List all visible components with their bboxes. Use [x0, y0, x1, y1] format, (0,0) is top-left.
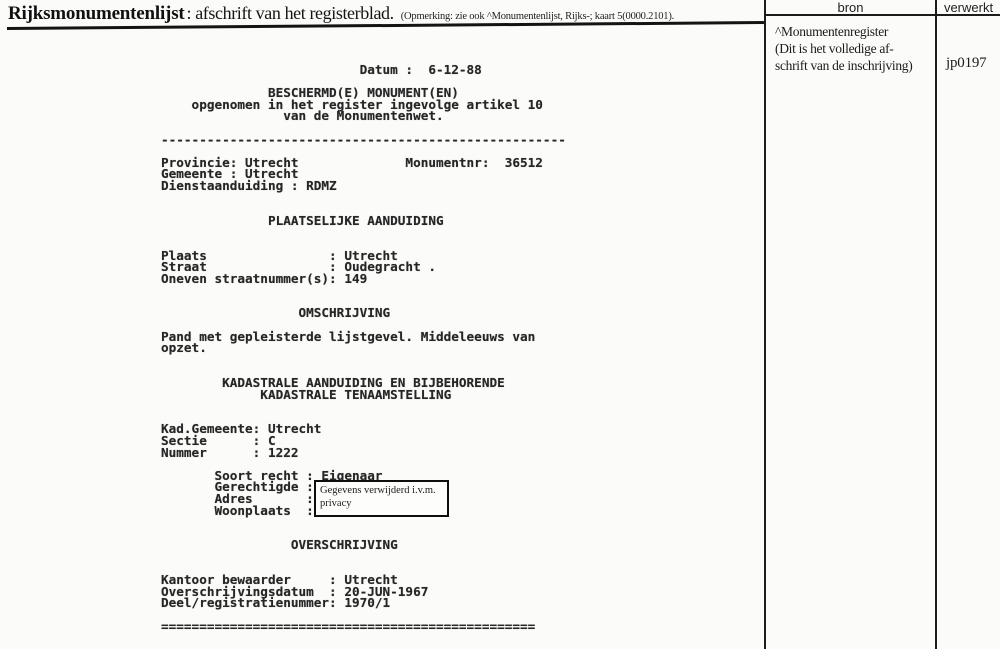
- column-header-verwerkt: verwerkt: [937, 0, 1000, 15]
- bron-annotation: ^Monumentenregister (Dit is het volledig…: [775, 23, 912, 74]
- register-body-text: Datum : 6-12-88 BESCHERMD(E) MONUMENT(EN…: [161, 64, 566, 632]
- page-title-note: (Opmerking: zie ook ^Monumentenlijst, Ri…: [401, 11, 674, 22]
- registry-table-column-divider: [935, 0, 937, 649]
- page-title-rest: : afschrift van het registerblad.: [187, 3, 394, 24]
- page-title-bold: Rijksmonumentenlijst: [8, 3, 185, 25]
- privacy-redaction-box: Gegevens verwijderd i.v.m. privacy: [314, 480, 449, 517]
- privacy-redaction-text-line2: privacy: [320, 497, 447, 510]
- scanned-register-page: Rijksmonumentenlijst : afschrift van het…: [0, 0, 1000, 649]
- verwerkt-code: jp0197: [946, 55, 986, 72]
- privacy-redaction-text-line1: Gegevens verwijderd i.v.m.: [320, 484, 447, 497]
- registry-table-left-border: [764, 0, 766, 649]
- column-header-bron: bron: [766, 0, 935, 15]
